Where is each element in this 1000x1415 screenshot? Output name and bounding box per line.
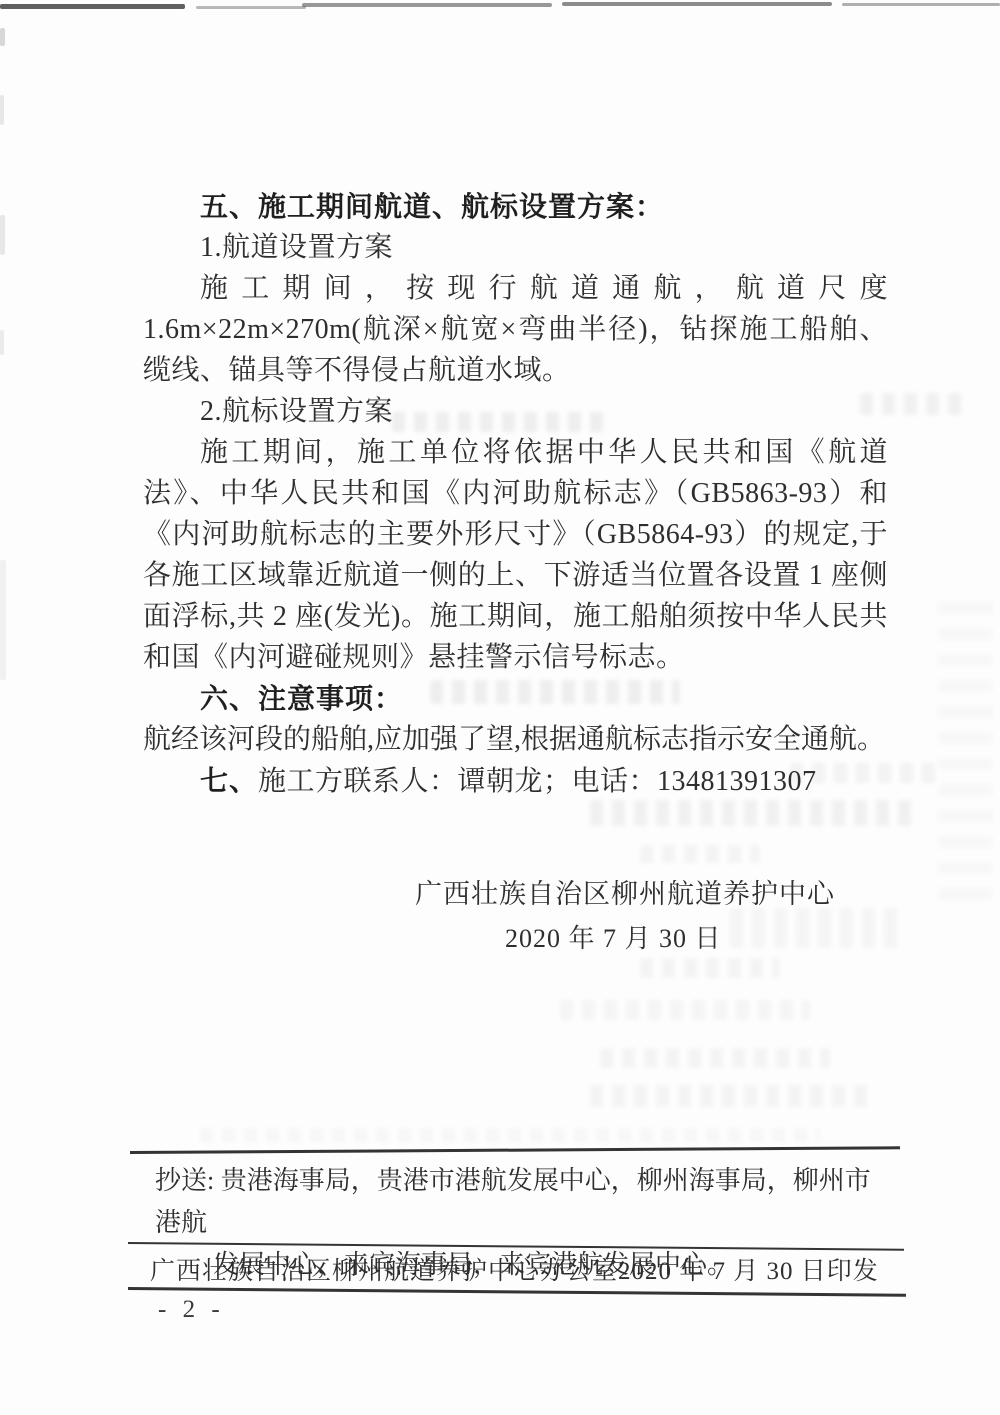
contact-info-text: 施工方联系人：谭朝龙；电话：13481391307 <box>258 766 817 797</box>
bleed-through-smudge <box>640 958 780 978</box>
bleed-through-smudge <box>560 1000 810 1020</box>
heading-section-5: 五、施工期间航道、航标设置方案： <box>143 186 888 227</box>
issuing-office-row: 广西壮族自治区柳州航道养护中心办公室 2020 年 7 月 30 日印发 <box>150 1251 878 1287</box>
scan-edge-mark <box>0 95 4 125</box>
scan-streak <box>302 3 552 7</box>
heading-section-7-prefix: 七、 <box>200 765 258 796</box>
scan-edge-mark <box>0 28 5 46</box>
bleed-through-smudge <box>200 1128 820 1142</box>
paragraph-channel-plan: 施工期间，按现行航道通航，航道尺度 1.6m×22m×270m(航深×航宽×弯曲… <box>143 268 888 391</box>
scan-edge-mark <box>0 215 5 255</box>
scan-edge-mark <box>0 330 4 355</box>
cc-line-1: 抄送: 贵港海事局，贵港市港航发展中心，柳州海事局，柳州市港航 <box>155 1160 885 1244</box>
scan-streak <box>196 6 306 9</box>
line-section-7: 七、施工方联系人：谭朝龙；电话：13481391307 <box>143 760 888 802</box>
page-number: - 2 - <box>158 1296 225 1324</box>
bleed-through-smudge <box>730 908 900 948</box>
paragraph-buoy-plan: 施工期间，施工单位将依据中华人民共和国《航道法》、中华人民共和国《内河助航标志》… <box>143 432 888 678</box>
footer-rule-bottom <box>128 1287 906 1297</box>
scanned-document-page: 五、施工期间航道、航标设置方案： 1.航道设置方案 施工期间，按现行航道通航，航… <box>0 0 1000 1415</box>
heading-section-6: 六、注意事项： <box>143 678 888 719</box>
bleed-through-smudge <box>640 845 760 863</box>
paragraph-notice: 航经该河段的船舶,应加强了望,根据通航标志指示安全通航。 <box>143 719 888 760</box>
signature-date: 2020 年 7 月 30 日 <box>505 918 722 955</box>
bleed-through-smudge <box>590 1085 870 1107</box>
bleed-through-smudge <box>938 600 993 900</box>
scan-streak <box>842 3 1000 6</box>
bleed-through-smudge <box>590 800 920 826</box>
print-date: 2020 年 7 月 30 日印发 <box>618 1251 879 1287</box>
subtitle-buoy-plan: 2.航标设置方案 <box>143 391 888 432</box>
scan-streak <box>0 4 185 9</box>
document-body: 五、施工期间航道、航标设置方案： 1.航道设置方案 施工期间，按现行航道通航，航… <box>143 186 888 802</box>
scan-streak <box>562 2 832 6</box>
issuing-office: 广西壮族自治区柳州航道养护中心办公室 <box>150 1251 618 1287</box>
scan-edge-mark <box>0 560 6 680</box>
footer-rule-top <box>130 1146 900 1154</box>
bleed-through-smudge <box>600 1048 830 1068</box>
cc-label: 抄送: <box>155 1166 214 1195</box>
cc-recipients-1: 贵港海事局，贵港市港航发展中心，柳州海事局，柳州市港航 <box>155 1166 871 1237</box>
signature-issuer: 广西壮族自治区柳州航道养护中心 <box>415 872 835 911</box>
subtitle-channel-plan: 1.航道设置方案 <box>143 227 888 268</box>
